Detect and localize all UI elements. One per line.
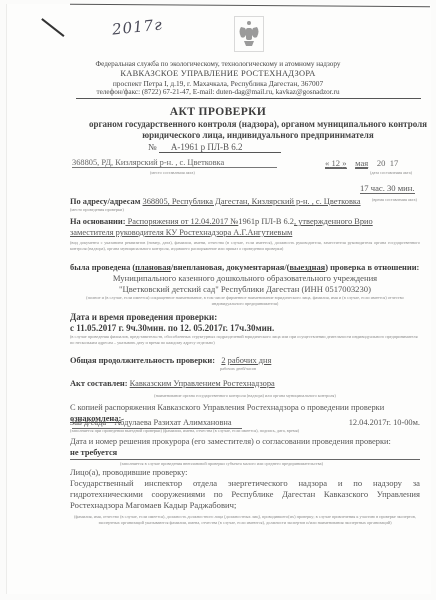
prosecutor-section: Дата и номер решения прокурора (его заме… [70, 436, 420, 458]
basis-label: На основании: [70, 217, 125, 226]
act-number: А-1961 р ПЛ-В 6.2 [159, 142, 281, 153]
coat-of-arms-icon [234, 16, 264, 52]
inspectors-caption: (фамилия, имя, отчество (в случае, если … [70, 514, 420, 526]
subject-line-2: "Цветковский детский сад" Республики Даг… [70, 284, 420, 295]
composed-label: Акт составлен: [70, 379, 128, 388]
composed-section: Акт составлен: Кавказским Управлением Ро… [70, 378, 420, 399]
prosecutor-underline [70, 459, 420, 460]
date-month: мая [355, 158, 368, 169]
duration-section: Общая продолжительность проверки: 2 рабо… [70, 355, 420, 372]
planned-option: плановая [135, 263, 171, 272]
signer-underline [72, 428, 242, 429]
subject-caption: (полное и (в случае, если имеется) сокра… [70, 295, 420, 307]
date-day-group: « 12 » [325, 158, 347, 169]
signer-role: Зав д/сада [70, 418, 106, 427]
prosecutor-label: Дата и номер решения прокурора (его заме… [70, 436, 420, 447]
document-title: АКТ ПРОВЕРКИ [0, 106, 436, 118]
address-section: По адресу/адресам 368805, Республика Даг… [70, 196, 420, 213]
agency-address: проспект Петра I, д.19, г. Махачкала, Ре… [0, 79, 436, 88]
act-place: 368805, РД, Кизлярский р-н. , с. Цветков… [72, 158, 277, 168]
signer-datetime: 12.04.2017г. 10-00м. [349, 417, 420, 428]
datetime-label: Дата и время проведения проверки: [70, 312, 420, 323]
date-year-prefix: 20 [377, 158, 386, 168]
date-day: 12 [331, 158, 340, 168]
duration-unit: рабочих дня [228, 356, 272, 365]
agency-name: Федеральная служба по экологическому, те… [0, 60, 436, 68]
department-name: КАВКАЗСКОЕ УПРАВЛЕНИЕ РОСТЕХНАДЗОРА [0, 69, 436, 78]
inspectors-section: Лицо(а), проводившие проверку: Государст… [70, 467, 420, 526]
onsite-option: выездная [289, 263, 325, 272]
act-time: 17 час. 30 мин. [360, 183, 415, 194]
quote-close: » [342, 158, 346, 168]
inspection-type: была проведена (плановая/внеплановая, до… [70, 262, 420, 273]
composed-caption: (наименование органа государственного ко… [70, 393, 420, 399]
duration-caption: рабочих дней/часов [70, 366, 420, 372]
datetime-caption: (в случае проведения филиалов, представи… [70, 334, 420, 346]
inspection-type-section: была проведена (плановая/внеплановая, до… [70, 262, 420, 307]
datetime-value: с 11.05.2017 г. 9ч.30мин. по 12. 05.2017… [70, 323, 420, 334]
address-caption: (место проведения проверки) [70, 207, 420, 213]
act-date: « 12 » мая 20 17 [325, 158, 398, 168]
quote-open: « [325, 158, 329, 168]
act-date-caption: (дата составления акта) [370, 170, 412, 175]
inspectors-value: Государственный инспектор отдела энергет… [70, 478, 420, 511]
number-sign: № [148, 142, 157, 152]
subject-line-1: Муниципального казенного дошкольного обр… [70, 273, 420, 284]
basis-order-number: 1961р ПЛ-В 6.2 [238, 217, 294, 226]
header-divider [76, 98, 421, 99]
agency-contacts: телефон/факс: (8722) 67-21-47, E-mail: d… [0, 88, 436, 96]
basis-approver: заместителя руководителя КУ Ростехнадзор… [70, 228, 292, 237]
inspectors-label: Лицо(а), проводившие проверку: [70, 467, 420, 478]
subtitle-line-2: юридического лица, индивидуального предп… [78, 130, 436, 141]
act-place-caption: (место составления акта) [150, 170, 195, 175]
address-value: 368805, Республика Дагестан, Кизлярский … [143, 197, 361, 206]
conducted-text-2: /внеплановая, документарная/( [171, 263, 290, 272]
duration-label: Общая продолжительность проверки: [70, 356, 215, 365]
datetime-section: Дата и время проведения проверки: с 11.0… [70, 312, 420, 346]
acquainted-text: С копией распоряжения Кавказского Управл… [70, 403, 384, 412]
date-year: 17 [390, 158, 399, 168]
duration-value: 2 [221, 356, 225, 365]
basis-caption: (вид документа с указанием реквизитов (н… [70, 240, 420, 252]
conducted-text-1: была проведена ( [70, 263, 135, 272]
basis-order: Распоряжения от 12.04.2017 № [125, 217, 238, 226]
basis-approved: , утвержденного Врио [294, 217, 373, 226]
prosecutor-value: не требуется [70, 447, 420, 458]
signer-name: Абдулаева Разихат Алимхановна [114, 418, 231, 427]
document-subtitle: органом государственного контроля (надзо… [78, 119, 436, 141]
signer-section: Зав д/сада Абдулаева Разихат Алимхановна… [70, 417, 420, 434]
subtitle-line-1: органом государственного контроля (надзо… [78, 119, 436, 130]
act-number-row: № А-1961 р ПЛ-В 6.2 [148, 142, 281, 153]
eagle-emblem-icon [235, 17, 263, 51]
composed-value: Кавказским Управлением Ростехнадзора [130, 379, 275, 388]
conducted-text-3: ) проверка в отношении: [325, 263, 419, 272]
basis-section: На основании: Распоряжения от 12.04.2017… [70, 216, 420, 252]
address-label: По адресу/адресам [70, 197, 140, 206]
